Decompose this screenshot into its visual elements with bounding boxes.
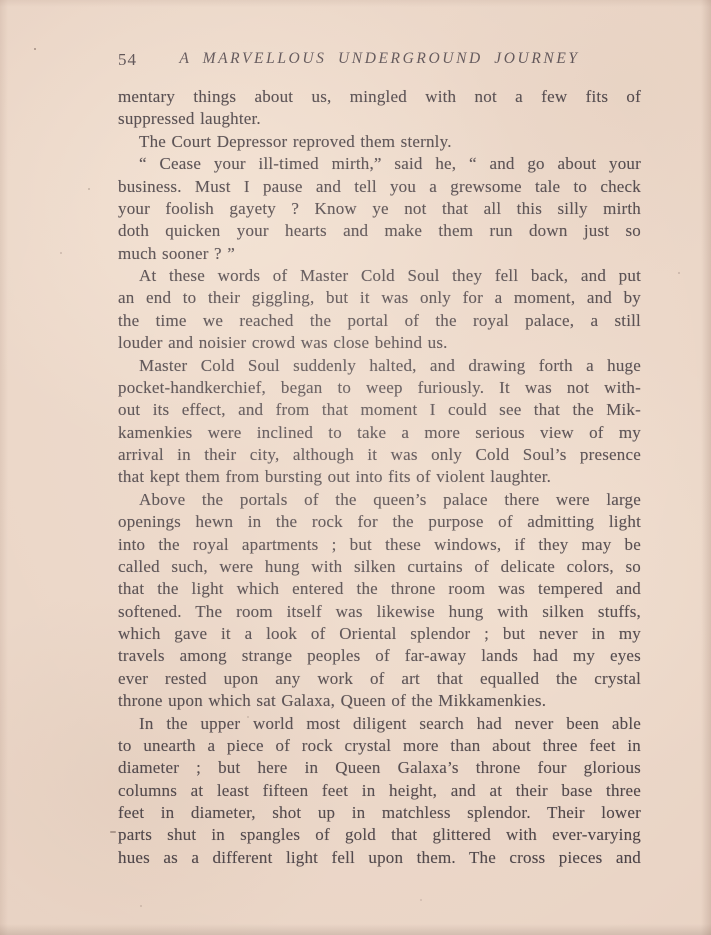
text-line: your foolish gayety ? Know ye not that a… bbox=[118, 198, 641, 220]
text-line: diameter ; but here in Queen Galaxa’s th… bbox=[118, 757, 641, 779]
paper-speck bbox=[88, 188, 90, 190]
paper-speck bbox=[60, 252, 62, 254]
text-line: The Court Depressor reproved them sternl… bbox=[118, 131, 641, 153]
text-line: Above the portals of the queen’s palace … bbox=[118, 489, 641, 511]
text-line: business. Must I pause and tell you a gr… bbox=[118, 176, 641, 198]
text-line: kamenkies were inclined to take a more s… bbox=[118, 422, 641, 444]
text-line: an end to their giggling, but it was onl… bbox=[118, 287, 641, 309]
body-text: mentary things about us, mingled with no… bbox=[118, 86, 641, 869]
text-line: columns at least fifteen feet in height,… bbox=[118, 780, 641, 802]
paper-speck bbox=[420, 899, 422, 901]
paper-speck bbox=[678, 272, 680, 274]
text-line: which gave it a look of Oriental splendo… bbox=[118, 623, 641, 645]
text-line: At these words of Master Cold Soul they … bbox=[118, 265, 641, 287]
text-line: feet in diameter, shot up in matchless s… bbox=[118, 802, 641, 824]
text-line: parts shut in spangles of gold that glit… bbox=[118, 824, 641, 846]
text-line: travels among strange peoples of far-awa… bbox=[118, 645, 641, 667]
text-line: the time we reached the portal of the ro… bbox=[118, 310, 641, 332]
running-header-title: A MARVELLOUS UNDERGROUND JOURNEY bbox=[118, 50, 641, 68]
book-page-scan: 54 A MARVELLOUS UNDERGROUND JOURNEY ment… bbox=[0, 0, 711, 935]
text-line: doth quicken your hearts and make them r… bbox=[118, 220, 641, 242]
text-line: ever rested upon any work of art that eq… bbox=[118, 668, 641, 690]
text-line: called such, were hung with silken curta… bbox=[118, 556, 641, 578]
text-line: openings hewn in the rock for the purpos… bbox=[118, 511, 641, 533]
paper-speck bbox=[140, 905, 142, 907]
text-line: throne upon which sat Galaxa, Queen of t… bbox=[118, 690, 641, 712]
text-line: suppressed laughter. bbox=[118, 108, 641, 130]
text-line: softened. The room itself was likewise h… bbox=[118, 601, 641, 623]
text-line: that the light which entered the throne … bbox=[118, 578, 641, 600]
running-header: 54 A MARVELLOUS UNDERGROUND JOURNEY bbox=[118, 50, 641, 72]
text-line: to unearth a piece of rock crystal more … bbox=[118, 735, 641, 757]
text-line: pocket-handkerchief, began to weep furio… bbox=[118, 377, 641, 399]
text-line: hues as a different light fell upon them… bbox=[118, 847, 641, 869]
text-line: mentary things about us, mingled with no… bbox=[118, 86, 641, 108]
text-line: arrival in their city, although it was o… bbox=[118, 444, 641, 466]
text-line: Master Cold Soul suddenly halted, and dr… bbox=[118, 355, 641, 377]
text-line: into the royal apartments ; but these wi… bbox=[118, 534, 641, 556]
text-line: much sooner ? ” bbox=[118, 243, 641, 265]
text-line: “ Cease your ill-timed mirth,” said he, … bbox=[118, 153, 641, 175]
text-line: that kept them from bursting out into fi… bbox=[118, 466, 641, 488]
text-line: louder and noisier crowd was close behin… bbox=[118, 332, 641, 354]
text-line: In the upper world most diligent search … bbox=[118, 713, 641, 735]
page-number: 54 bbox=[118, 50, 137, 70]
text-line: out its effect, and from that moment I c… bbox=[118, 399, 641, 421]
paper-speck bbox=[34, 48, 36, 50]
paper-speck bbox=[110, 831, 116, 833]
